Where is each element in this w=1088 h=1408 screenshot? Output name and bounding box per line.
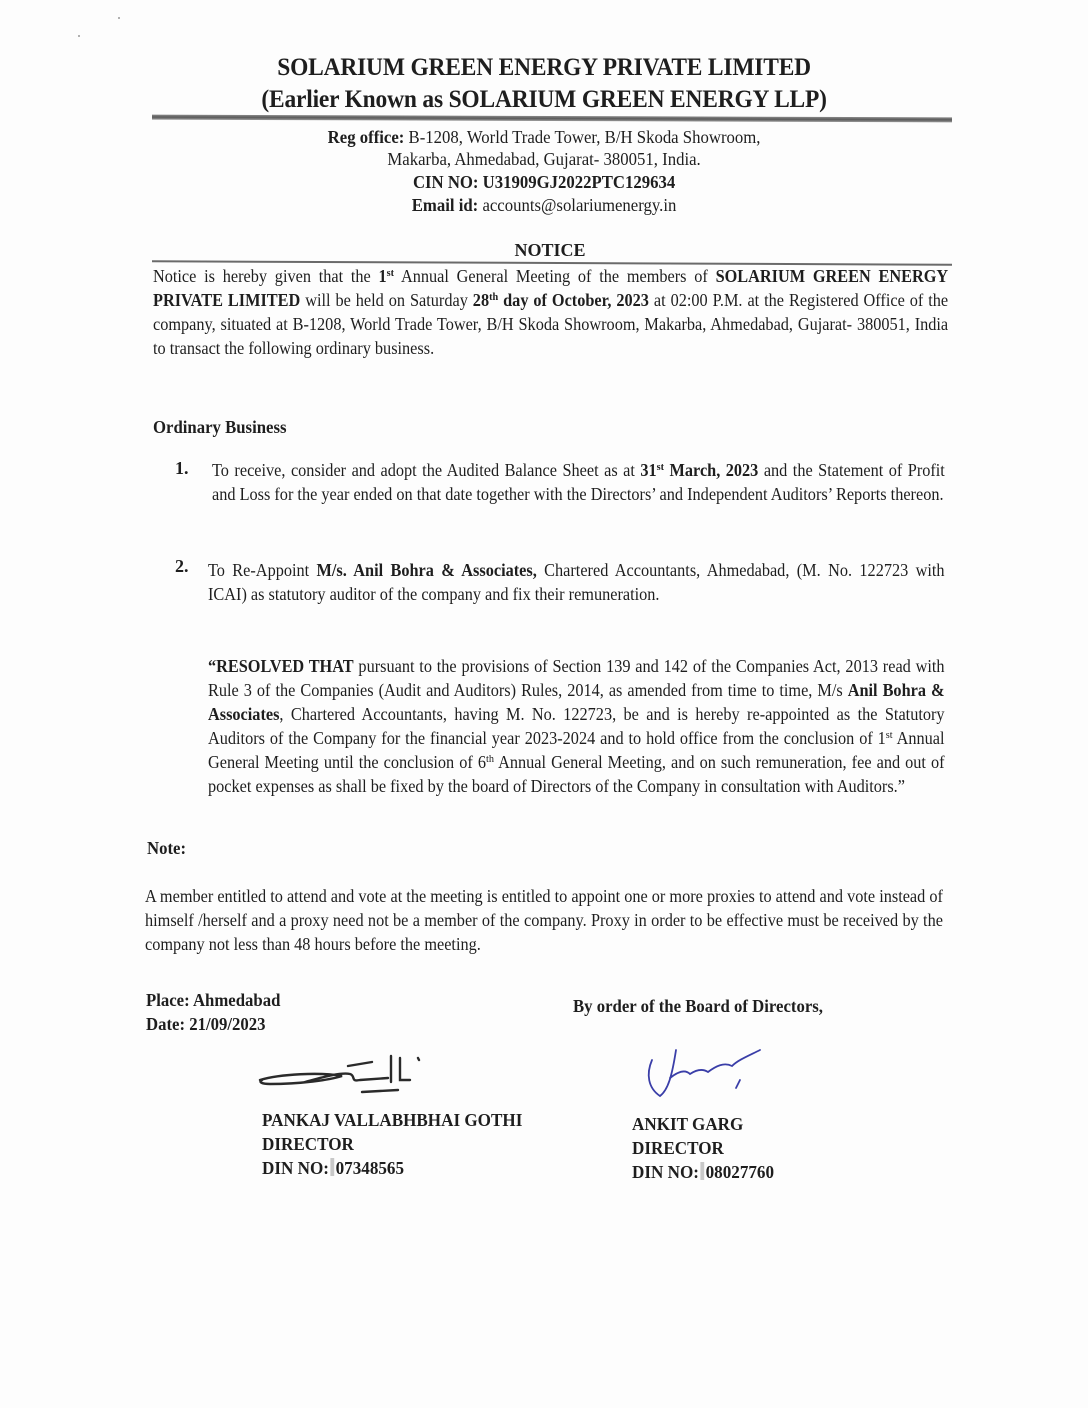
- reg-office-line-2: Makarba, Ahmedabad, Gujarat- 380051, Ind…: [38, 149, 1050, 171]
- item-bold: M/s. Anil Bohra & Associates,: [317, 560, 537, 580]
- item-text: To receive, consider and adopt the Audit…: [212, 460, 640, 480]
- header-divider: [152, 115, 952, 123]
- scan-speck: [78, 35, 80, 37]
- reg-office-line-1: Reg office: B-1208, World Trade Tower, B…: [38, 127, 1050, 149]
- by-order-line: By order of the Board of Directors,: [573, 996, 823, 1017]
- item-number: 2.: [175, 556, 189, 577]
- signatory-din: DIN NO:07348565: [262, 1156, 522, 1180]
- notice-text: will be held on Saturday: [300, 290, 473, 310]
- signatory-name: PANKAJ VALLABHBHAI GOTHI: [262, 1108, 522, 1132]
- signature-1-icon: [250, 1050, 450, 1098]
- notice-text: Annual General Meeting of the members of: [394, 266, 716, 286]
- resolution-text: , Chartered Accountants, having M. No. 1…: [208, 704, 945, 748]
- signatory-name: ANKIT GARG: [632, 1112, 774, 1136]
- signatory-din: DIN NO:08027760: [632, 1160, 774, 1184]
- din-value: 08027760: [706, 1162, 774, 1182]
- din-label: DIN NO:: [262, 1158, 329, 1178]
- ordinary-business-heading: Ordinary Business: [153, 417, 286, 438]
- item-bold: 31: [640, 460, 656, 480]
- signatory-1: PANKAJ VALLABHBHAI GOTHI DIRECTOR DIN NO…: [262, 1108, 522, 1180]
- item-text: To Re-Appoint: [208, 560, 317, 580]
- email-line: Email id: accounts@solariumenergy.in: [38, 195, 1050, 217]
- date: Date: 21/09/2023: [146, 1012, 280, 1036]
- item-number: 1.: [175, 458, 189, 479]
- signatory-title: DIRECTOR: [262, 1132, 522, 1156]
- notice-day: 28: [473, 290, 489, 310]
- resolution-lead: “RESOLVED THAT: [208, 656, 354, 676]
- reg-office-value: B-1208, World Trade Tower, B/H Skoda Sho…: [404, 127, 760, 147]
- notice-text: Notice is hereby given that the: [153, 266, 379, 286]
- email-value: accounts@solariumenergy.in: [478, 195, 676, 215]
- signature-2-icon: [620, 1040, 780, 1106]
- resolution-sup: th: [486, 753, 494, 765]
- notice-day-sup: th: [489, 291, 498, 303]
- signatory-title: DIRECTOR: [632, 1136, 774, 1160]
- item-bold: March, 2023: [664, 460, 758, 480]
- place-date-block: Place: Ahmedabad Date: 21/09/2023: [146, 988, 280, 1036]
- din-value: 07348565: [336, 1158, 404, 1178]
- note-heading: Note:: [147, 838, 186, 859]
- din-label: DIN NO:: [632, 1162, 699, 1182]
- redaction-mark: [700, 1162, 704, 1180]
- business-item-2: To Re-Appoint M/s. Anil Bohra & Associat…: [208, 558, 945, 606]
- resolution-paragraph: “RESOLVED THAT pursuant to the provision…: [208, 654, 945, 798]
- notice-heading: NOTICE: [0, 240, 1088, 261]
- email-label: Email id:: [412, 195, 479, 215]
- redaction-mark: [330, 1158, 334, 1176]
- notice-date: day of October, 2023: [498, 290, 649, 310]
- scan-speck: [118, 17, 120, 19]
- place: Place: Ahmedabad: [146, 988, 280, 1012]
- former-name: (Earlier Known as SOLARIUM GREEN ENERGY …: [44, 84, 1045, 114]
- document-page: SOLARIUM GREEN ENERGY PRIVATE LIMITED (E…: [0, 0, 1088, 1408]
- reg-office-label: Reg office:: [328, 127, 405, 147]
- signatory-2: ANKIT GARG DIRECTOR DIN NO:08027760: [632, 1112, 774, 1184]
- notice-paragraph: Notice is hereby given that the 1st Annu…: [153, 264, 948, 360]
- note-paragraph: A member entitled to attend and vote at …: [145, 884, 943, 956]
- company-name: SOLARIUM GREEN ENERGY PRIVATE LIMITED: [44, 52, 1045, 82]
- cin-number: CIN NO: U31909GJ2022PTC129634: [38, 172, 1050, 194]
- business-item-1: To receive, consider and adopt the Audit…: [212, 458, 945, 506]
- item-sup: st: [657, 461, 664, 473]
